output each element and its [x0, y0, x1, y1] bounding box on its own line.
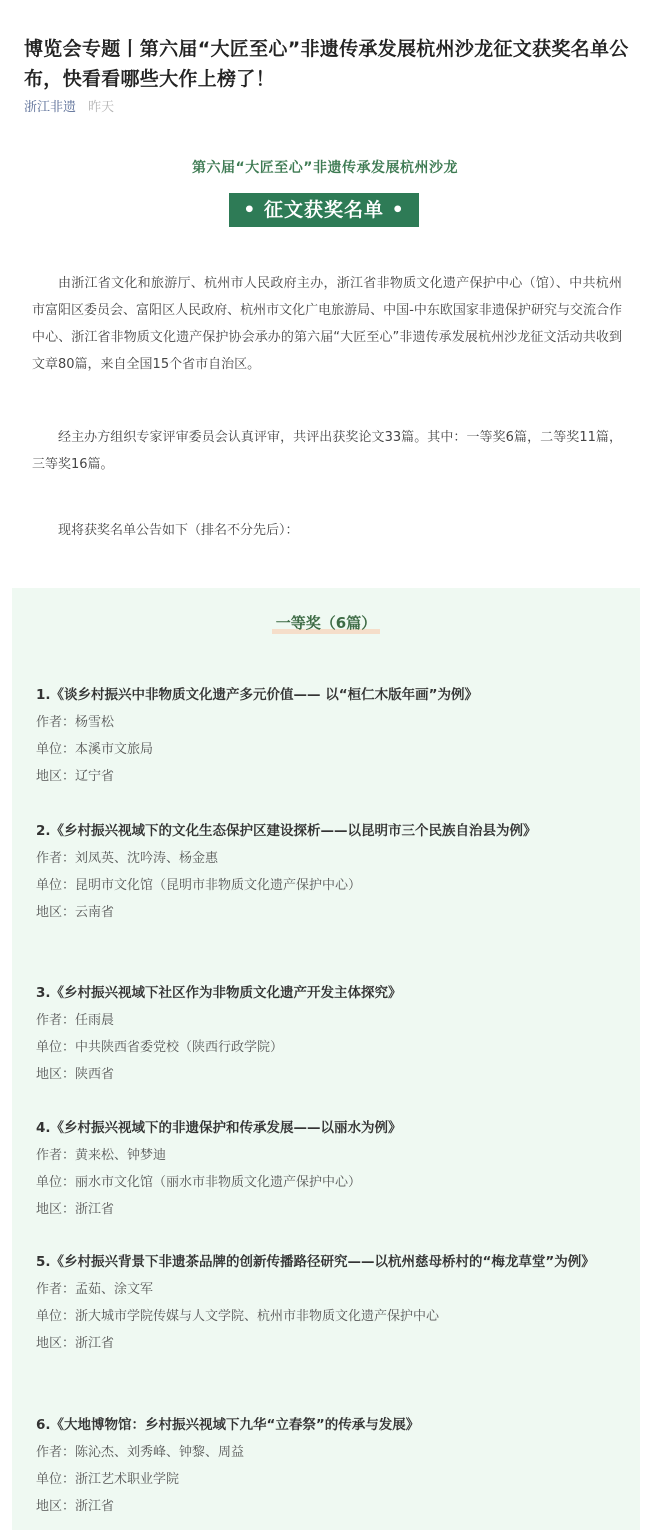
publish-time: 昨天 — [88, 100, 114, 115]
entry-author: 作者：孟茹、涂文军 — [36, 1276, 626, 1303]
article-meta: 浙江非遗 昨天 — [24, 96, 114, 115]
article-title: 博览会专题丨第六届“大匠至心”非遗传承发展杭州沙龙征文获奖名单公布，快看看哪些大… — [24, 34, 634, 94]
entry-title: 6.《大地博物馆：乡村振兴视域下九华“立春祭”的传承与发展》 — [36, 1412, 626, 1439]
entry-region: 地区：浙江省 — [36, 1196, 626, 1223]
first-prize-section: 一等奖（6篇） 1.《谈乡村振兴中非物质文化遗产多元价值—— 以“桓仁木版年画”… — [12, 588, 640, 1530]
award-entry: 6.《大地博物馆：乡村振兴视域下九华“立春祭”的传承与发展》 作者：陈沁杰、刘秀… — [36, 1412, 626, 1520]
entry-author: 作者：陈沁杰、刘秀峰、钟黎、周益 — [36, 1439, 626, 1466]
award-entry: 1.《谈乡村振兴中非物质文化遗产多元价值—— 以“桓仁木版年画”为例》 作者：杨… — [36, 682, 626, 790]
award-entry: 4.《乡村振兴视域下的非遗保护和传承发展——以丽水为例》 作者：黄来松、钟梦迪 … — [36, 1115, 626, 1223]
summary-paragraph: 经主办方组织专家评审委员会认真评审，共评出获奖论文33篇。其中：一等奖6篇，二等… — [32, 424, 622, 478]
entry-author: 作者：任雨晨 — [36, 1007, 626, 1034]
entry-unit: 单位：中共陕西省委党校（陕西行政学院） — [36, 1034, 626, 1061]
entry-region: 地区：陕西省 — [36, 1061, 626, 1088]
entry-region: 地区：浙江省 — [36, 1330, 626, 1357]
award-list-banner: • 征文获奖名单 • — [229, 193, 419, 227]
entry-author: 作者：杨雪松 — [36, 709, 626, 736]
award-entry: 5.《乡村振兴背景下非遗茶品牌的创新传播路径研究——以杭州慈母桥村的“梅龙草堂”… — [36, 1249, 626, 1357]
entry-unit: 单位：昆明市文化馆（昆明市非物质文化遗产保护中心） — [36, 872, 626, 899]
entry-title: 2.《乡村振兴视域下的文化生态保护区建设探析——以昆明市三个民族自治县为例》 — [36, 818, 626, 845]
entry-title: 3.《乡村振兴视域下社区作为非物质文化遗产开发主体探究》 — [36, 980, 626, 1007]
account-name-link[interactable]: 浙江非遗 — [24, 100, 76, 115]
entry-author: 作者：刘凤英、沈吟涛、杨金惠 — [36, 845, 626, 872]
entry-region: 地区：云南省 — [36, 899, 626, 926]
entry-unit: 单位：浙大城市学院传媒与人文学院、杭州市非物质文化遗产保护中心 — [36, 1303, 626, 1330]
notice-paragraph: 现将获奖名单公告如下（排名不分先后）： — [32, 517, 622, 544]
entry-region: 地区：辽宁省 — [36, 763, 626, 790]
entry-region: 地区：浙江省 — [36, 1493, 626, 1520]
section-title: 一等奖（6篇） — [12, 612, 640, 633]
event-subhead: 第六届“大匠至心”非遗传承发展杭州沙龙 — [0, 157, 650, 177]
award-entry: 2.《乡村振兴视域下的文化生态保护区建设探析——以昆明市三个民族自治县为例》 作… — [36, 818, 626, 926]
entry-unit: 单位：本溪市文旅局 — [36, 736, 626, 763]
award-entry: 3.《乡村振兴视域下社区作为非物质文化遗产开发主体探究》 作者：任雨晨 单位：中… — [36, 980, 626, 1088]
entry-author: 作者：黄来松、钟梦迪 — [36, 1142, 626, 1169]
entry-title: 4.《乡村振兴视域下的非遗保护和传承发展——以丽水为例》 — [36, 1115, 626, 1142]
entry-title: 5.《乡村振兴背景下非遗茶品牌的创新传播路径研究——以杭州慈母桥村的“梅龙草堂”… — [36, 1249, 626, 1276]
entry-title: 1.《谈乡村振兴中非物质文化遗产多元价值—— 以“桓仁木版年画”为例》 — [36, 682, 626, 709]
intro-paragraph: 由浙江省文化和旅游厅、杭州市人民政府主办，浙江省非物质文化遗产保护中心（馆）、中… — [32, 270, 622, 378]
entry-unit: 单位：丽水市文化馆（丽水市非物质文化遗产保护中心） — [36, 1169, 626, 1196]
entry-unit: 单位：浙江艺术职业学院 — [36, 1466, 626, 1493]
